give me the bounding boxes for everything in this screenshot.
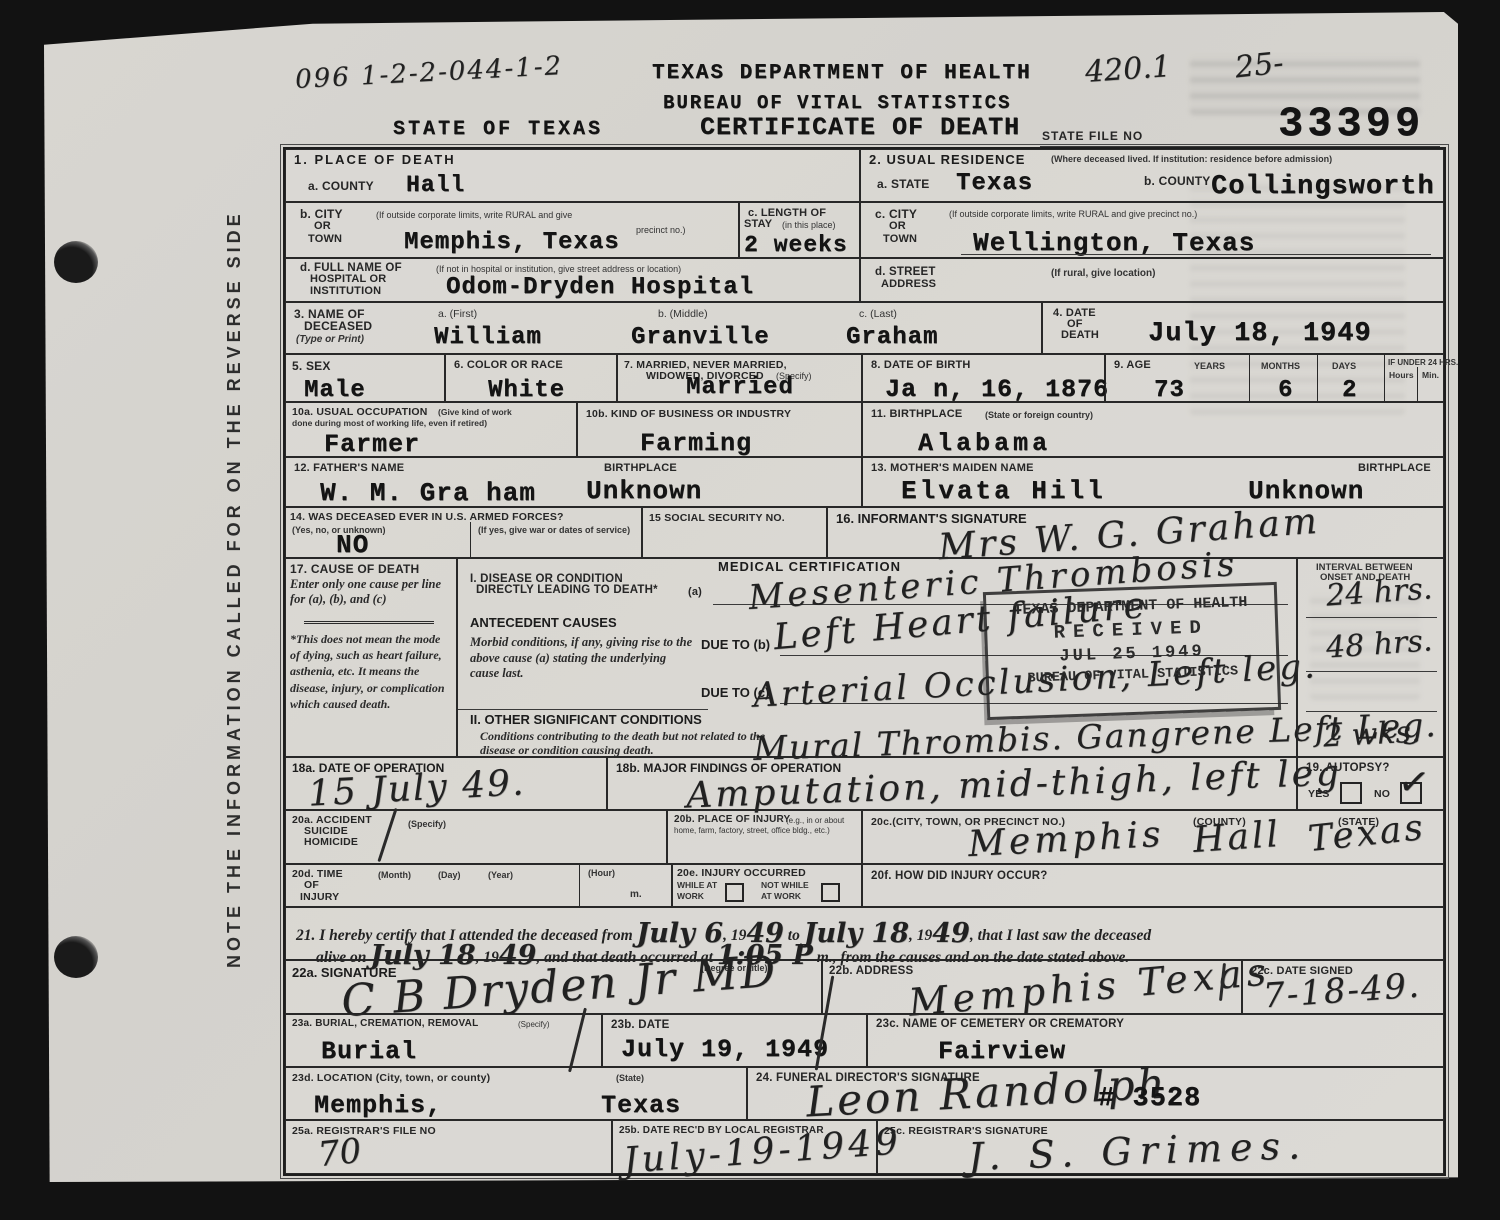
time-label3: INJURY [300,891,339,903]
time-hour: (Hour) [588,868,615,878]
res-state-label: a. STATE [877,177,930,191]
due-to-b-tag: DUE TO (b) [701,637,770,652]
cell-interval: INTERVAL BETWEEN ONSET AND DEATH 24 hrs.… [1297,558,1444,757]
pen-stroke [568,1008,587,1073]
age-min-label: Min. [1422,370,1439,380]
forces-value: NO [336,530,369,560]
cell-usual-residence: 2. USUAL RESIDENCE (Where deceased lived… [860,149,1444,202]
autopsy-no-check: ✓ [1395,758,1433,806]
hand-num: 25- [1233,46,1285,86]
pod-city-label: b. CITY [300,207,343,221]
pod-county-value: Hall [406,172,465,198]
cell-operation-date: 18a. DATE OF OPERATION 15 July 49. [285,757,607,810]
res-city-note: (If outside corporate limits, write RURA… [949,209,1197,219]
autopsy-no-label: NO [1374,788,1390,800]
cell-burial-date: 23b. DATE July 19, 1949 [602,1014,867,1067]
cause-instr: Enter only one cause per line for (a), (… [290,577,450,607]
occ-value: Farmer [324,430,420,459]
interval-other: 2 wks. [1322,714,1421,754]
received-stamp: TEXAS DEPARTMENT OF HEALTH RECEIVED JUL … [983,582,1281,720]
sex-label: 5. SEX [292,359,331,373]
cell-cause-note: 17. CAUSE OF DEATH Enter only one cause … [285,558,457,757]
notwhile-label1: NOT WHILE [761,880,809,890]
age-div2 [1317,355,1318,403]
autopsy-yes-label: YES [1308,788,1330,800]
cell-registrar-signature: 25c. REGISTRAR'S SIGNATURE J. S. Grimes. [877,1120,1444,1174]
dob-value: Ja n, 16, 1876 [885,375,1109,404]
state-file-no-label: STATE FILE NO [1042,129,1143,143]
while-label1: WHILE AT [677,880,717,890]
pod-city-value: Memphis, Texas [404,229,620,256]
forces-note2: (If yes, give war or dates of service) [478,525,630,535]
certificate-title: CERTIFICATE OF DEATH [700,113,1020,142]
res-state-value: Texas [956,170,1033,197]
fd-number: # 3528 [1098,1084,1201,1114]
age-under24-label: IF UNDER 24 HRS. [1388,358,1458,367]
cell-res-street: d. STREET ADDRESS (If rural, give locati… [860,258,1444,302]
dec-first-label: a. (First) [438,308,477,320]
res-city-rule [961,254,1431,255]
not-while-at-work-checkbox [821,883,840,902]
disease-a-tag: (a) [688,586,702,598]
res-county-label: b. COUNTY [1144,174,1210,188]
reg-file-value: 70 [316,1131,363,1175]
dec-label2: DECEASED [304,319,372,333]
res-title-note: (Where deceased lived. If institution: r… [1051,154,1332,164]
father-label: 12. FATHER'S NAME [294,462,404,474]
bureau-title: BUREAU OF VITAL STATISTICS [663,92,1011,114]
pod-city-note2: precinct no.) [636,225,686,235]
pod-hosp-label2: HOSPITAL OR [310,273,386,285]
pen-stroke [377,808,397,862]
cell-physician-signature: 22a. SIGNATURE (Degree or title) C B Dry… [285,960,822,1014]
pod-stay-label2: STAY [744,218,772,230]
interval-rule2 [1306,671,1437,672]
race-value: White [488,377,565,404]
inj-county-value: Hall [1192,814,1283,861]
cell-name-of-deceased: 3. NAME OF DECEASED (Type or Print) a. (… [285,302,1042,354]
dec-label3: (Type or Print) [296,334,364,345]
reverse-side-note: NOTE THE INFORMATION CALLED FOR ON THE R… [224,288,245,968]
burial-loc-value: Memphis, [314,1091,442,1120]
cell-injury-occurred: 20e. INJURY OCCURRED WHILE AT WORK NOT W… [672,864,862,907]
dec-first-value: William [434,324,542,351]
ind-value: Farming [640,429,752,458]
time-label2: OF [304,879,319,891]
notwhile-label2: AT WORK [761,891,801,901]
burial-date-value: July 19, 1949 [621,1035,829,1064]
age-years-label: YEARS [1194,361,1225,371]
cell-pod-stay: c. LENGTH OF STAY (in this place) 2 week… [739,202,860,258]
addr22-label: 22b. ADDRESS [829,965,913,977]
bp-value: Alabama [918,429,1051,458]
age-hours-label: Hours [1389,370,1414,380]
cell-sex: 5. SEX Male [285,354,445,402]
cell-injury-location: 20c.(CITY, TOWN, OR PRECINCT NO.) (COUNT… [862,810,1444,864]
cell-place-of-injury: 20b. PLACE OF INJURY (e.g., in or about … [667,810,862,864]
cell-date-of-death: 4. DATE OF DEATH July 18, 1949 [1042,302,1444,354]
reg-file-label: 25a. REGISTRAR'S FILE NO [292,1125,436,1137]
res-city-label: c. CITY [875,207,917,221]
cell-operation-findings: 18b. MAJOR FINDINGS OF OPERATION Amputat… [607,757,1297,810]
dec-last-label: c. (Last) [859,308,897,320]
occ-note1: (Give kind of work [438,407,512,417]
dec-middle-value: Granville [631,324,770,351]
cell-armed-forces: 14. WAS DECEASED EVER IN U.S. ARMED FORC… [285,507,642,558]
cell-ssn: 15 SOCIAL SECURITY NO. [642,507,827,558]
race-label: 6. COLOR OR RACE [454,359,563,371]
cell-funeral-director: 24. FUNERAL DIRECTOR'S SIGNATURE Leon Ra… [747,1067,1444,1120]
ssn-label: 15 SOCIAL SECURITY NO. [649,512,785,524]
time-day: (Day) [438,870,461,880]
other-label: II. OTHER SIGNIFICANT CONDITIONS [470,712,702,727]
pod-city-town: TOWN [308,233,342,245]
pod-county-label: a. COUNTY [308,179,374,193]
acc-label3: HOMICIDE [304,836,358,848]
inj-place-label: 20b. PLACE OF INJURY [674,814,790,825]
acc-note: (Specify) [408,819,446,829]
burial-date-label: 23b. DATE [611,1019,669,1031]
time-m: m. [630,889,642,900]
father-bp-label: BIRTHPLACE [604,462,677,474]
res-street-label: d. STREET [875,266,936,278]
inj-state-value: Texas [1306,807,1427,860]
cell-dob: 8. DATE OF BIRTH Ja n, 16, 1876 [862,354,1105,402]
microfilm-frame: NOTE THE INFORMATION CALLED FOR ON THE R… [0,0,1500,1220]
res-city-town: TOWN [883,233,917,245]
res-street-label2: ADDRESS [881,278,936,290]
cell-birthplace: 11. BIRTHPLACE (State or foreign country… [862,402,1444,457]
interval-rule1 [1306,617,1437,618]
burial-state-hdr: (State) [616,1073,644,1083]
other-rule [458,709,708,710]
mother-bp-label: BIRTHPLACE [1358,462,1431,474]
dept-title: TEXAS DEPARTMENT OF HEALTH [652,62,1032,85]
cell-mother: 13. MOTHER'S MAIDEN NAME Elvata Hill BIR… [862,457,1444,507]
dec-last-value: Graham [846,324,938,351]
cause-rule [304,621,434,624]
ind-label: 10b. KIND OF BUSINESS OR INDUSTRY [586,408,791,420]
occ-note2: done during most of working life, even i… [292,418,487,428]
mother-label: 13. MOTHER'S MAIDEN NAME [871,462,1034,474]
punch-hole-top [54,241,98,283]
punch-hole-bottom [54,936,98,978]
cause-label: 17. CAUSE OF DEATH [290,562,419,576]
cell-res-city: c. CITY (If outside corporate limits, wr… [860,202,1444,258]
time-year: (Year) [488,870,513,880]
bp-note: (State or foreign country) [985,410,1093,420]
cell-registrar-file: 25a. REGISTRAR'S FILE NO 70 [285,1120,612,1174]
age-months-value: 6 [1278,377,1293,404]
dob-label: 8. DATE OF BIRTH [871,359,971,371]
cell-father: 12. FATHER'S NAME W. M. Gra ham BIRTHPLA… [285,457,862,507]
res-county-value: Collingsworth [1211,172,1435,202]
cell-how-injury: 20f. HOW DID INJURY OCCUR? [862,864,1444,907]
cell-occupation: 10a. USUAL OCCUPATION (Give kind of work… [285,402,577,457]
father-value: W. M. Gra ham [320,478,536,508]
antecedent-label: ANTECEDENT CAUSES [470,615,617,630]
pod-city-or: OR [314,220,331,232]
morbid-note: Morbid conditions, if any, giving rise t… [470,635,695,682]
state-of-texas: STATE OF TEXAS [393,118,603,141]
age-div3 [1384,355,1385,403]
res-title: 2. USUAL RESIDENCE [869,152,1025,167]
burial-state-value: Texas [601,1091,681,1120]
occurred-label: 20e. INJURY OCCURRED [677,867,806,879]
age-years-value: 73 [1154,377,1185,404]
state-file-no-value: 33399 [1278,100,1424,148]
forces-label: 14. WAS DECEASED EVER IN U.S. ARMED FORC… [290,511,564,523]
age-div1 [1249,355,1250,403]
certificate-form: 1. PLACE OF DEATH a. COUNTY Hall b. CITY… [283,147,1446,1176]
time-div [579,865,580,908]
cemetery-value: Fairview [938,1037,1066,1066]
cell-burial-location: 23d. LOCATION (City, town, or county) (S… [285,1067,747,1120]
age-months-label: MONTHS [1261,361,1300,371]
res-city-or: OR [889,220,906,232]
cell-autopsy: 19. AUTOPSY? YES NO ✓ [1297,757,1444,810]
sex-value: Male [304,377,366,404]
inj-city-value: Memphis [967,814,1165,865]
interval-rule3 [1306,711,1437,712]
pod-hosp-label3: INSTITUTION [310,285,381,297]
father-bp-value: Unknown [586,476,702,506]
dec-middle-label: b. (Middle) [658,308,708,320]
cell-pod-hospital: d. FULL NAME OF HOSPITAL OR INSTITUTION … [285,258,860,302]
time-month: (Month) [378,870,411,880]
cell-marital: 7. MARRIED, NEVER MARRIED, WIDOWED, DIVO… [617,354,862,402]
pod-hosp-note: (If not in hospital or institution, give… [436,264,681,274]
cell-certify: 21. I hereby certify that I attended the… [285,907,1444,960]
autopsy-yes-checkbox [1340,782,1362,804]
while-label2: WORK [677,891,704,901]
pod-hosp-value: Odom-Dryden Hospital [446,274,754,301]
age-days-label: DAYS [1332,361,1356,371]
inj-place-note2: home, farm, factory, street, office bldg… [674,826,830,835]
inj-place-note1: (e.g., in or about [786,816,844,825]
cell-race: 6. COLOR OR RACE White [445,354,617,402]
cell-industry: 10b. KIND OF BUSINESS OR INDUSTRY Farmin… [577,402,862,457]
pod-title: 1. PLACE OF DEATH [294,152,456,167]
burial-note: (Specify) [518,1020,550,1029]
cell-place-of-death: 1. PLACE OF DEATH a. COUNTY Hall [285,149,860,202]
other-note: Conditions contributing to the death but… [480,729,790,758]
cause-footnote: *This does not mean the mode of dying, s… [290,631,452,712]
how-injury-label: 20f. HOW DID INJURY OCCUR? [871,870,1047,882]
cell-time-of-injury: 20d. TIME OF INJURY (Month) (Day) (Year)… [285,864,672,907]
cell-age: 9. AGE YEARS MONTHS DAYS IF UNDER 24 HRS… [1105,354,1444,402]
age-label: 9. AGE [1114,359,1151,371]
burial-loc-label: 23d. LOCATION (City, town, or county) [292,1072,490,1084]
dod-value: July 18, 1949 [1148,319,1372,349]
bp-label: 11. BIRTHPLACE [871,408,962,420]
pod-city-note: (If outside corporate limits, write RURA… [376,210,572,220]
cell-pod-city: b. CITY (If outside corporate limits, wr… [285,202,739,258]
hand-code: 420.1 [1084,49,1172,90]
cell-date-signed: 22c. DATE SIGNED 7-18-49. [1242,960,1444,1014]
cell-burial-type: 23a. BURIAL, CREMATION, REMOVAL (Specify… [285,1014,602,1067]
marital-value: Married [686,374,794,401]
cemetery-label: 23c. NAME OF CEMETERY OR CREMATORY [876,1018,1124,1030]
pod-stay-note: (in this place) [782,220,836,230]
cell-accident: 20a. ACCIDENT SUICIDE HOMICIDE (Specify) [285,810,667,864]
forces-div [470,522,471,559]
autopsy-label: 19. AUTOPSY? [1306,762,1390,774]
interval-b: 48 hrs. [1325,623,1433,665]
disease-label2: DIRECTLY LEADING TO DEATH* [476,584,658,596]
interval-a: 24 hrs. [1325,571,1433,613]
age-div4 [1417,367,1418,403]
burial-value: Burial [321,1037,417,1066]
res-street-note: (If rural, give location) [1051,268,1155,279]
cell-physician-address: 22b. ADDRESS Memphis Texas [822,960,1242,1014]
dod-label3: DEATH [1061,329,1099,341]
mother-value: Elvata Hill [901,476,1106,506]
age-days-value: 2 [1342,377,1357,404]
occ-label: 10a. USUAL OCCUPATION [292,406,427,418]
cell-registrar-date: 25b. DATE REC'D BY LOCAL REGISTRAR July-… [612,1120,877,1174]
burial-label: 23a. BURIAL, CREMATION, REMOVAL [292,1018,478,1029]
while-at-work-checkbox [725,883,744,902]
pod-stay-value: 2 weeks [744,232,848,258]
